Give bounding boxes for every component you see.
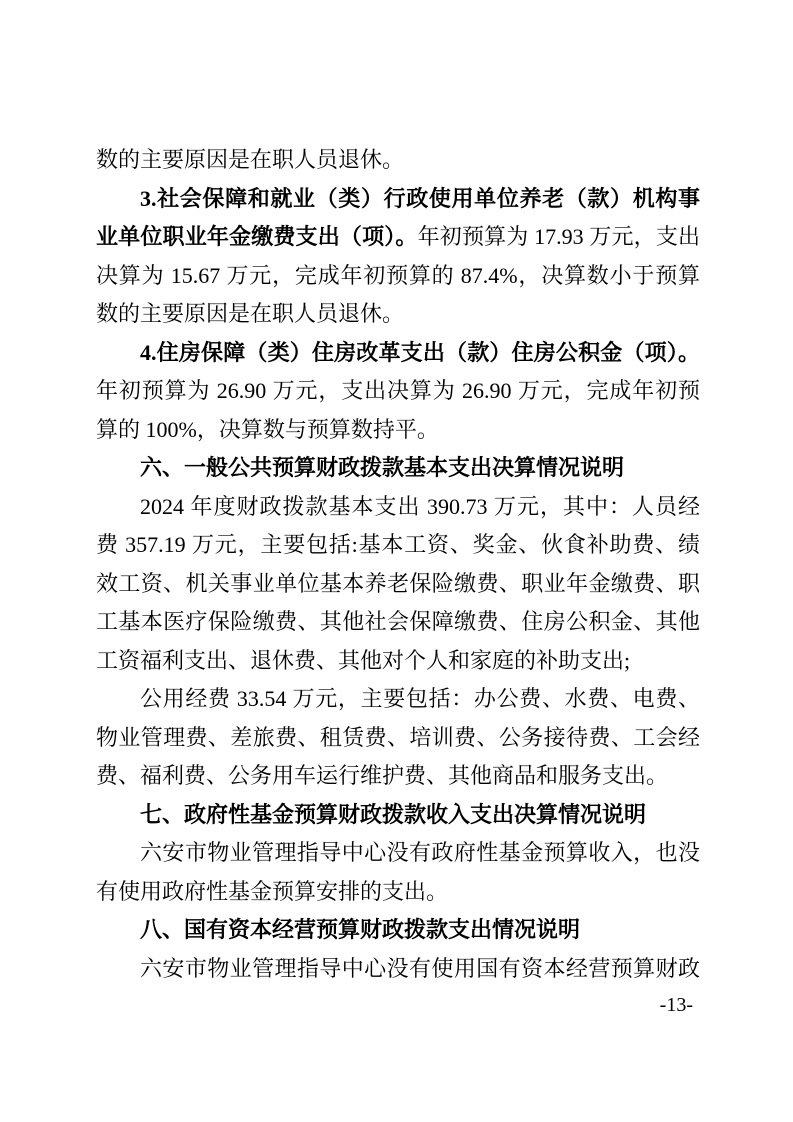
document-page: 数的主要原因是在职人员退休。 3.社会保障和就业（类）行政使用单位养老（款）机构… (0, 0, 793, 1122)
paragraph-item-4-bold-lead: 4.住房保障（类）住房改革支出（款）住房公积金（项）。 (140, 340, 700, 365)
document-body: 数的主要原因是在职人员退休。 3.社会保障和就业（类）行政使用单位养老（款）机构… (96, 141, 700, 988)
section-heading-8: 八、国有资本经营预算财政拨款支出情况说明 (96, 911, 700, 950)
paragraph-public-expense: 公用经费 33.54 万元，主要包括：办公费、水费、电费、物业管理费、差旅费、租… (96, 680, 700, 796)
section-heading-7: 七、政府性基金预算财政拨款收入支出决算情况说明 (96, 796, 700, 835)
page-number: -13- (660, 993, 693, 1017)
paragraph-personnel-expense: 2024 年度财政拨款基本支出 390.73 万元，其中：人员经费 357.19… (96, 488, 700, 681)
paragraph-government-fund: 六安市物业管理指导中心没有政府性基金预算收入，也没有使用政府性基金预算安排的支出… (96, 834, 700, 911)
paragraph-item-4-text: 年初预算为 26.90 万元，支出决算为 26.90 万元，完成年初预算的 10… (96, 378, 700, 442)
paragraph-item-3: 3.社会保障和就业（类）行政使用单位养老（款）机构事业单位职业年金缴费支出（项）… (96, 180, 700, 334)
paragraph-state-capital: 六安市物业管理指导中心没有使用国有资本经营预算财政 (96, 950, 700, 989)
section-heading-6: 六、一般公共预算财政拨款基本支出决算情况说明 (96, 449, 700, 488)
paragraph-item-4: 4.住房保障（类）住房改革支出（款）住房公积金（项）。年初预算为 26.90 万… (96, 334, 700, 450)
paragraph-continuation: 数的主要原因是在职人员退休。 (96, 141, 700, 180)
